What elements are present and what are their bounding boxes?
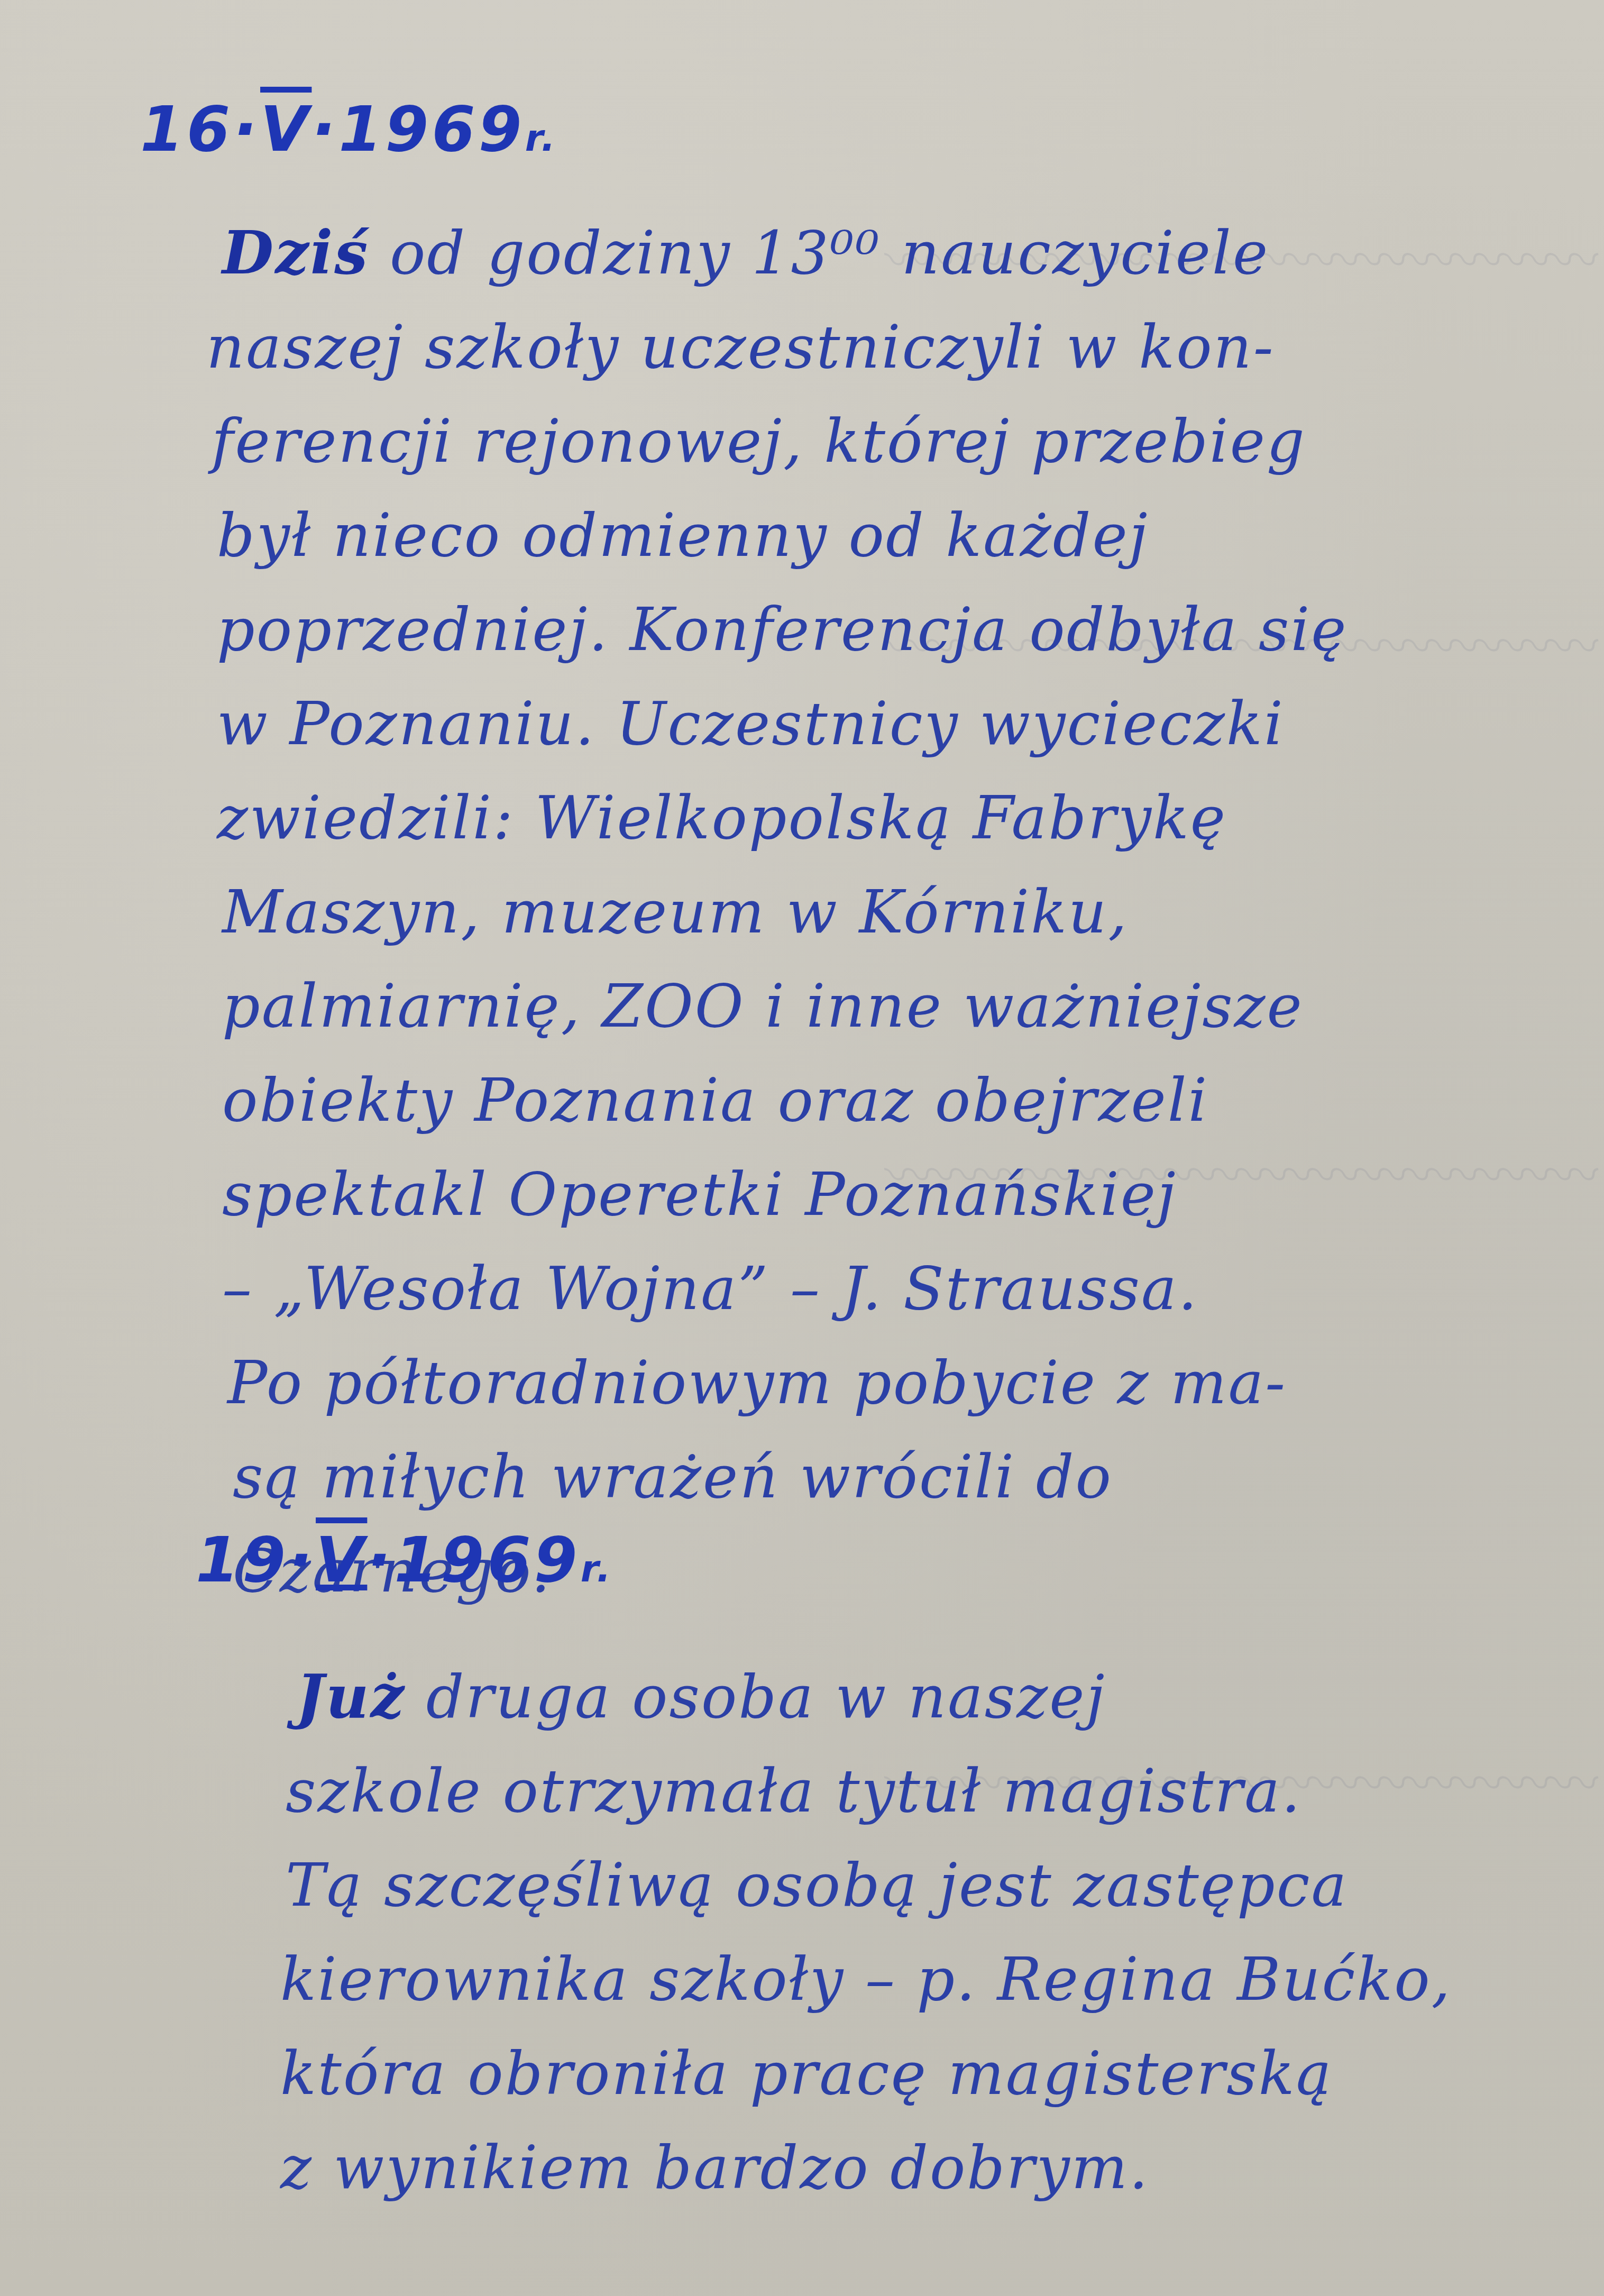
entry-line: szkole otrzymała tytuł magistra.: [286, 1744, 1452, 1838]
date-month: V: [260, 93, 311, 166]
date-separator: ·: [289, 1523, 316, 1596]
entry-body: Dziś od godziny 13⁰⁰ nauczyciele naszej …: [222, 206, 1348, 1618]
entry-line: był nieco odmienny od każdej: [217, 489, 1348, 583]
entry-line: Po półtoradniowym pobycie z ma-: [227, 1336, 1348, 1430]
entry-line: poprzedniej. Konferencja odbyła się: [217, 583, 1348, 677]
date-year: 1969: [394, 1523, 580, 1596]
entry-text: od godziny 13⁰⁰ nauczyciele: [390, 219, 1269, 288]
entry-line: Już druga osoba w naszej: [296, 1650, 1452, 1744]
date-separator: ·: [367, 1523, 394, 1596]
entry-body: Już druga osoba w naszej szkole otrzymał…: [296, 1650, 1452, 2215]
date-suffix: r.: [525, 116, 558, 160]
entry-line: palmiarnię, ZOO i inne ważniejsze: [222, 959, 1348, 1054]
entry-line: naszej szkoły uczestniczyli w kon-: [206, 300, 1348, 395]
date-month: V: [316, 1523, 367, 1596]
date-suffix: r.: [581, 1547, 614, 1590]
entry-date: 16·V·1969r.: [140, 93, 558, 166]
date-day: 16: [140, 93, 233, 166]
entry-line: w Poznaniu. Uczestnicy wycieczki: [217, 677, 1348, 771]
entry-lead-word: Dziś: [222, 218, 369, 288]
entry-line: z wynikiem bardzo dobrym.: [280, 2121, 1452, 2215]
entry-line: spektakl Operetki Poznańskiej: [222, 1148, 1348, 1242]
entry-line: ferencji rejonowej, której przebieg: [212, 395, 1348, 489]
entry-line: są miłych wrażeń wrócili do: [233, 1430, 1348, 1524]
entry-line: obiekty Poznania oraz obejrzeli: [222, 1054, 1348, 1148]
entry-line: Dziś od godziny 13⁰⁰ nauczyciele: [222, 206, 1348, 300]
entry-line: która obroniła pracę magisterską: [280, 2027, 1452, 2121]
entry-line: kierownika szkoły – p. Regina Bućko,: [280, 1933, 1452, 2027]
date-separator: ·: [233, 93, 260, 166]
entry-line: zwiedzili: Wielkopolską Fabrykę: [217, 771, 1348, 865]
entry-line: Tą szczęśliwą osobą jest zastępca: [286, 1838, 1452, 1933]
date-year: 1969: [338, 93, 525, 166]
date-day: 19: [196, 1523, 289, 1596]
date-separator: ·: [311, 93, 338, 166]
entry-text: druga osoba w naszej: [426, 1663, 1106, 1732]
entry-line: Maszyn, muzeum w Kórniku,: [222, 865, 1348, 959]
entry-lead-word: Już: [296, 1662, 406, 1732]
entry-date: 19·V·1969r.: [196, 1523, 614, 1596]
entry-line: – „Wesoła Wojna” – J. Straussa.: [222, 1242, 1348, 1336]
